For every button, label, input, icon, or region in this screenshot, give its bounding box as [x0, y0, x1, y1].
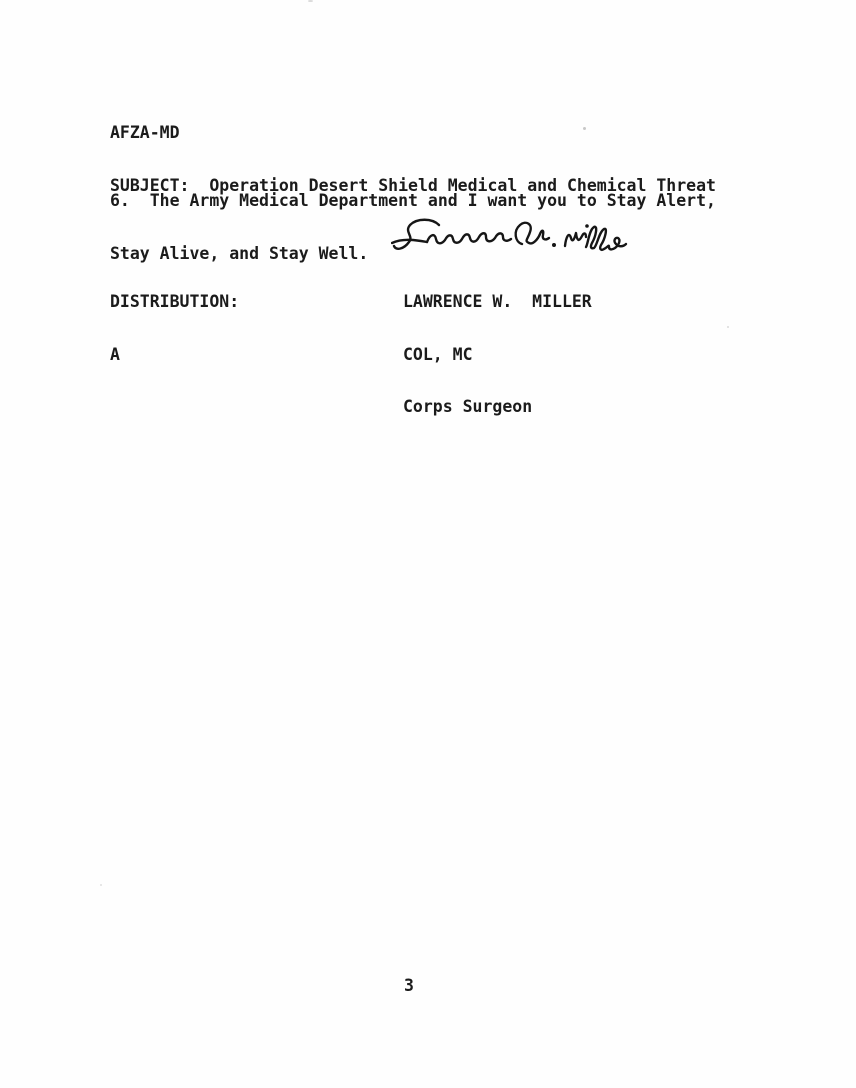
distribution-block: DISTRIBUTION: A — [110, 258, 239, 398]
scan-speckle — [100, 884, 102, 886]
distribution-value: A — [110, 346, 239, 364]
scan-speckle — [583, 127, 586, 130]
signature-block: LAWRENCE W. MILLER COL, MC Corps Surgeon — [403, 258, 592, 451]
scan-speckle — [727, 326, 729, 328]
office-symbol: AFZA-MD — [110, 124, 716, 142]
signer-title: Corps Surgeon — [403, 398, 592, 416]
distribution-label: DISTRIBUTION: — [110, 293, 239, 311]
body-line-1: 6. The Army Medical Department and I wan… — [110, 192, 716, 210]
signer-name: LAWRENCE W. MILLER — [403, 293, 592, 311]
scan-speckle — [308, 0, 313, 2]
handwritten-signature — [391, 213, 649, 259]
scanned-memo-page: AFZA-MD SUBJECT: Operation Desert Shield… — [0, 0, 856, 1088]
signer-rank: COL, MC — [403, 346, 592, 364]
page-number: 3 — [404, 977, 414, 995]
